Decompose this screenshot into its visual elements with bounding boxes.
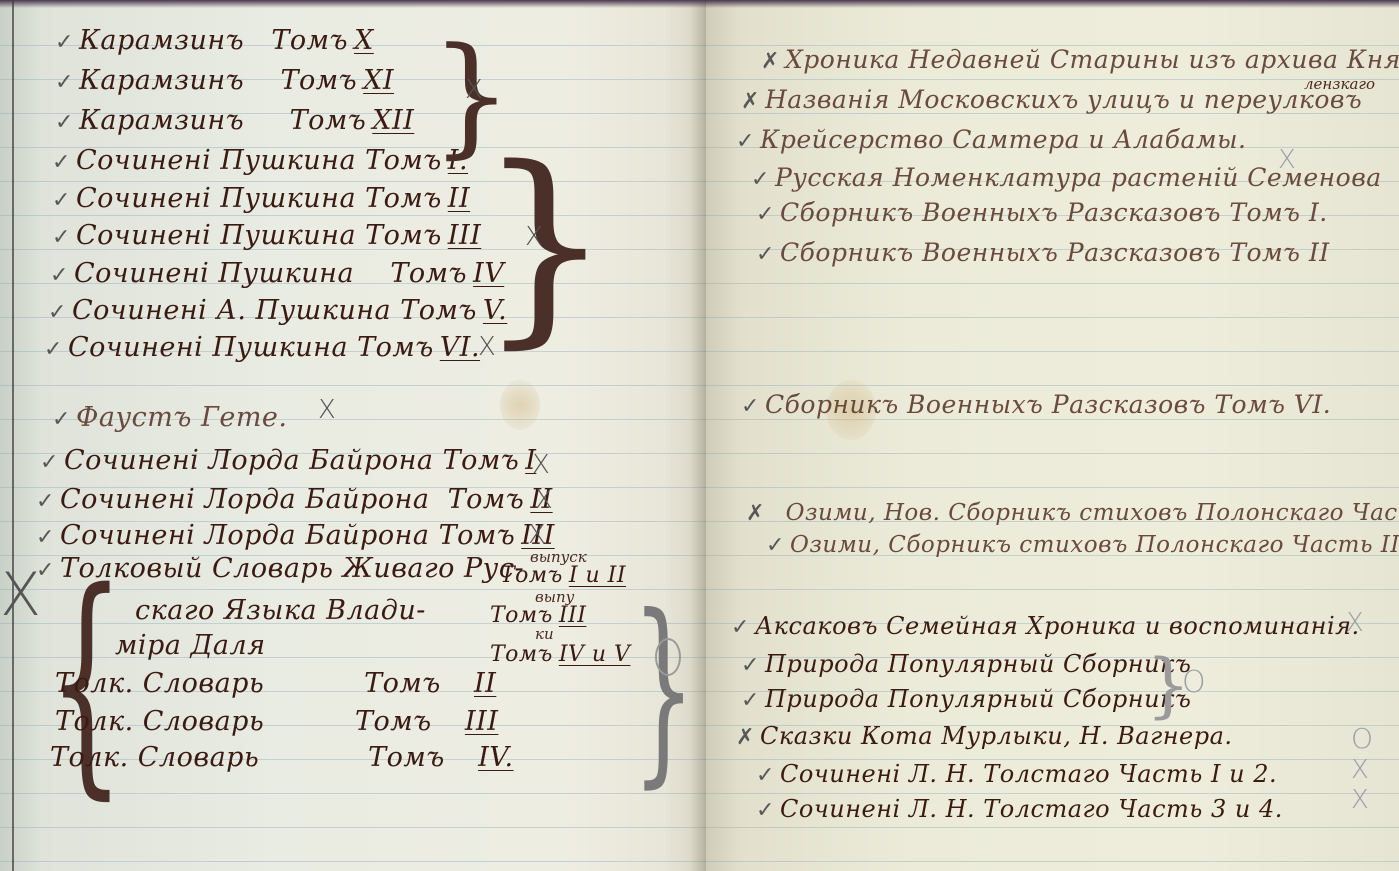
entry-title: Сочинені Пушкина	[76, 220, 356, 251]
check-icon: ✓	[766, 533, 790, 558]
cross-icon: X	[535, 485, 553, 515]
volume-number: III	[465, 706, 499, 737]
cross-icon: X	[478, 332, 496, 362]
volume-label: Томъ	[448, 484, 525, 515]
ledger-entry: ✓Аксаковъ Семейная Хроника и воспоминані…	[731, 612, 1360, 640]
volume-label: Томъ	[290, 105, 367, 136]
check-icon: ✓	[36, 489, 60, 514]
cross-icon: X	[1351, 755, 1369, 785]
entry-title: Карамзинъ	[79, 65, 244, 96]
entry-title: Сочинені Пушкина	[76, 145, 356, 176]
volume-label: Томъ	[365, 183, 442, 214]
ledger-entry: ✗ Озими, Нов. Сборникъ стиховъ Полонскаг…	[746, 500, 1399, 526]
ledger-entry: ✓Сборникъ Военныхъ Разсказовъ Томъ I.	[756, 198, 1328, 227]
volume-label: Томъ	[490, 642, 553, 667]
volume-number: II	[474, 668, 496, 699]
check-icon: ✓	[756, 202, 780, 227]
entry-title: міра Даля	[115, 630, 266, 661]
circle-mark: O	[1351, 722, 1373, 755]
volume-number: X	[354, 25, 374, 56]
check-icon: ✓	[40, 450, 64, 475]
entry-title: Толк. Словарь	[50, 742, 259, 773]
volume-label: Томъ	[439, 520, 516, 551]
ledger-entry: ✓Сочинені Пушкина ТомъIV	[50, 258, 504, 289]
entry-title: Названія Московскихъ улицъ и переулковъ	[765, 85, 1362, 114]
check-icon: ✓	[55, 110, 79, 135]
volume-number: III	[559, 603, 587, 628]
entry-title: Сочинені Лорда Байрона	[64, 445, 433, 476]
entry-title: скаго Языка Влади-	[135, 595, 426, 626]
ledger-entry: ✓Карамзинъ ТомъXI	[55, 65, 394, 96]
check-icon: ✓	[52, 225, 76, 250]
entry-title: Аксаковъ Семейная Хроника и воспоминанія…	[755, 612, 1360, 640]
cross-icon: X	[318, 395, 336, 425]
pencil-brace: }	[632, 590, 696, 790]
ledger-entry: ✓Сочинені Л. Н. Толстаго Часть 3 и 4.	[756, 795, 1283, 823]
entry-title: Сказки Кота Мурлыки, Н. Вагнера.	[760, 722, 1233, 750]
volume-number: IV.	[478, 742, 514, 773]
check-icon: ✓	[751, 167, 775, 192]
volume-label: Томъ	[364, 668, 441, 699]
ledger-entry: ✓Сочинені Лорда Байрона ТомъI	[40, 445, 536, 476]
ledger-entry: скаго Языка Влади-	[135, 595, 426, 626]
book-cover-edge	[0, 0, 1399, 8]
entry-title: Сочинені Пушкина	[68, 332, 348, 363]
entry-title: Озими, Нов. Сборникъ стиховъ Полонскаго …	[786, 500, 1399, 526]
ledger-entry: ✓Сочинені А. Пушкина ТомъV.	[48, 295, 507, 326]
check-icon: ✓	[44, 337, 68, 362]
paper-stain	[500, 380, 540, 430]
entry-title: Сочинені Пушкина	[74, 258, 354, 289]
group-brace: }	[478, 140, 612, 350]
cross-icon: X	[1346, 608, 1364, 638]
entry-title: Природа Популярный Сборникъ	[765, 685, 1191, 713]
entry-title: Озими, Сборникъ стиховъ Полонскаго Часть…	[790, 532, 1399, 558]
entry-title: Сборникъ Военныхъ Разсказовъ Томъ I.	[780, 198, 1328, 227]
entry-title: Природа Популярный Сборникъ	[765, 650, 1191, 678]
entry-title: Карамзинъ	[79, 105, 244, 136]
entry-title: Сочинені Лорда Байрона	[60, 484, 429, 515]
cross-icon: X	[0, 560, 41, 630]
entry-title: Толковый Словарь Живаго Рус-	[60, 553, 524, 584]
ledger-entry: ✗Хроника Недавней Старины изъ архива Кня…	[761, 45, 1399, 74]
ledger-entry: ✓Природа Популярный Сборникъ	[741, 650, 1191, 678]
volume-label: Томъ	[281, 65, 358, 96]
ledger-entry: ✓Озими, Сборникъ стиховъ Полонскаго Част…	[766, 532, 1399, 558]
ledger-entry: ✗Сказки Кота Мурлыки, Н. Вагнера.	[736, 722, 1233, 750]
entry-title: Сочинені Пушкина	[76, 183, 356, 214]
volume-label: Томъ	[500, 563, 563, 588]
entry-title: Сочинені А. Пушкина	[72, 295, 391, 326]
margin-line	[12, 0, 14, 871]
entry-title: Толк. Словарь	[55, 668, 264, 699]
volume-label: Томъ	[390, 258, 467, 289]
ledger-entry: Толк. Словарь Томъ IV.	[50, 742, 514, 773]
check-icon: ✓	[756, 763, 780, 788]
entry-title: Сочинені Л. Н. Толстаго Часть I и 2.	[780, 760, 1277, 788]
check-icon: ✓	[52, 188, 76, 213]
ledger-entry: ✓Сочинені Пушкина ТомъI.	[52, 145, 468, 176]
issue-note: ки	[535, 625, 554, 643]
cross-icon: X	[1351, 785, 1369, 815]
ledger-volume: ТомъIV и V	[490, 642, 630, 667]
check-icon: ✓	[50, 263, 74, 288]
ledger-entry: ✓Карамзинъ ТомъXII	[55, 105, 414, 136]
check-icon: ✓	[756, 798, 780, 823]
check-icon: ✓	[736, 129, 760, 154]
volume-label: Томъ	[355, 706, 432, 737]
volume-number: XI	[363, 65, 394, 96]
entry-title: Сборникъ Военныхъ Разсказовъ Томъ II	[780, 238, 1330, 267]
check-icon: ✓	[741, 688, 765, 713]
ledger-entry: ✓Сочинені Лорда Байрона ТомъII	[36, 484, 553, 515]
left-ledger-page: ✓Карамзинъ ТомъX ✓Карамзинъ ТомъXI ✓Кара…	[0, 0, 706, 871]
check-icon: ✓	[55, 70, 79, 95]
ledger-entry: Толк. Словарь Томъ III	[55, 706, 498, 737]
cross-icon: ✗	[736, 725, 760, 750]
check-icon: ✓	[52, 407, 76, 432]
cross-icon: X	[528, 520, 546, 550]
cross-icon: X	[525, 222, 543, 252]
volume-number: VI.	[440, 332, 480, 363]
ledger-volume: ТомъI и II	[500, 563, 626, 588]
ledger-entry: ✗Названія Московскихъ улицъ и переулковъ	[741, 85, 1362, 114]
volume-label: Томъ	[271, 25, 348, 56]
volume-label: Томъ	[368, 742, 445, 773]
right-ledger-page: ✗Хроника Недавней Старины изъ архива Кня…	[706, 0, 1399, 871]
ledger-entry: ✓Природа Популярный Сборникъ	[741, 685, 1191, 713]
circle-mark: O	[1182, 665, 1206, 700]
volume-number: II	[448, 183, 470, 214]
entry-title: Крейсерство Самтера и Алабамы.	[760, 125, 1246, 154]
volume-number: XII	[372, 105, 414, 136]
ledger-entry: ✓Сборникъ Военныхъ Разсказовъ Томъ VI.	[741, 390, 1331, 419]
check-icon: ✓	[741, 394, 765, 419]
entry-title: Карамзинъ	[79, 25, 244, 56]
check-icon: ✓	[48, 300, 72, 325]
check-icon: ✓	[55, 30, 79, 55]
volume-label: Томъ	[400, 295, 477, 326]
volume-label: Томъ	[365, 220, 442, 251]
entry-title: Русская Номенклатура растеній Семенова	[775, 163, 1382, 192]
check-icon: ✓	[741, 653, 765, 678]
ledger-entry: ✓Сочинені Пушкина ТомъIII	[52, 220, 481, 251]
ledger-entry: ✓Русская Номенклатура растеній Семенова	[751, 163, 1382, 192]
volume-number: III	[448, 220, 482, 251]
volume-number: IV и V	[559, 642, 631, 667]
entry-title: Фаустъ Гете.	[76, 402, 288, 433]
check-icon: ✓	[36, 558, 60, 583]
cross-icon: X	[465, 75, 483, 105]
volume-label: Томъ	[357, 332, 434, 363]
entry-title: Сборникъ Военныхъ Разсказовъ Томъ VI.	[765, 390, 1331, 419]
check-icon: ✓	[52, 150, 76, 175]
cross-icon: X	[532, 450, 550, 480]
ledger-entry: ✓Карамзинъ ТомъX	[55, 25, 374, 56]
check-icon: ✓	[731, 615, 755, 640]
ledger-entry: ✓Сочинені Пушкина ТомъVI.	[44, 332, 480, 363]
entry-title: Сочинені Л. Н. Толстаго Часть 3 и 4.	[780, 795, 1283, 823]
pencil-circle-mark	[655, 638, 681, 676]
ledger-entry: ✓Крейсерство Самтера и Алабамы.	[736, 125, 1246, 154]
cross-icon: ✗	[761, 49, 785, 74]
check-icon: ✓	[756, 242, 780, 267]
cross-icon: ✗	[741, 89, 765, 114]
ledger-entry: ✓Сочинені Пушкина ТомъII	[52, 183, 470, 214]
ledger-entry: Толк. Словарь Томъ II	[55, 668, 496, 699]
ledger-entry: ✓Сборникъ Военныхъ Разсказовъ Томъ II	[756, 238, 1330, 267]
cross-icon: ✗	[746, 501, 770, 526]
entry-title: Хроника Недавней Старины изъ архива Княз…	[785, 45, 1399, 74]
ledger-entry: міра Даля	[115, 630, 266, 661]
ledger-entry: ✓Толковый Словарь Живаго Рус-	[36, 553, 524, 584]
entry-title: Толк. Словарь	[55, 706, 264, 737]
ledger-entry: ✓Фаустъ Гете.	[52, 402, 288, 433]
volume-number: I и II	[569, 563, 626, 588]
ledger-entry: ✓Сочинені Л. Н. Толстаго Часть I и 2.	[756, 760, 1277, 788]
volume-label: Томъ	[443, 445, 520, 476]
